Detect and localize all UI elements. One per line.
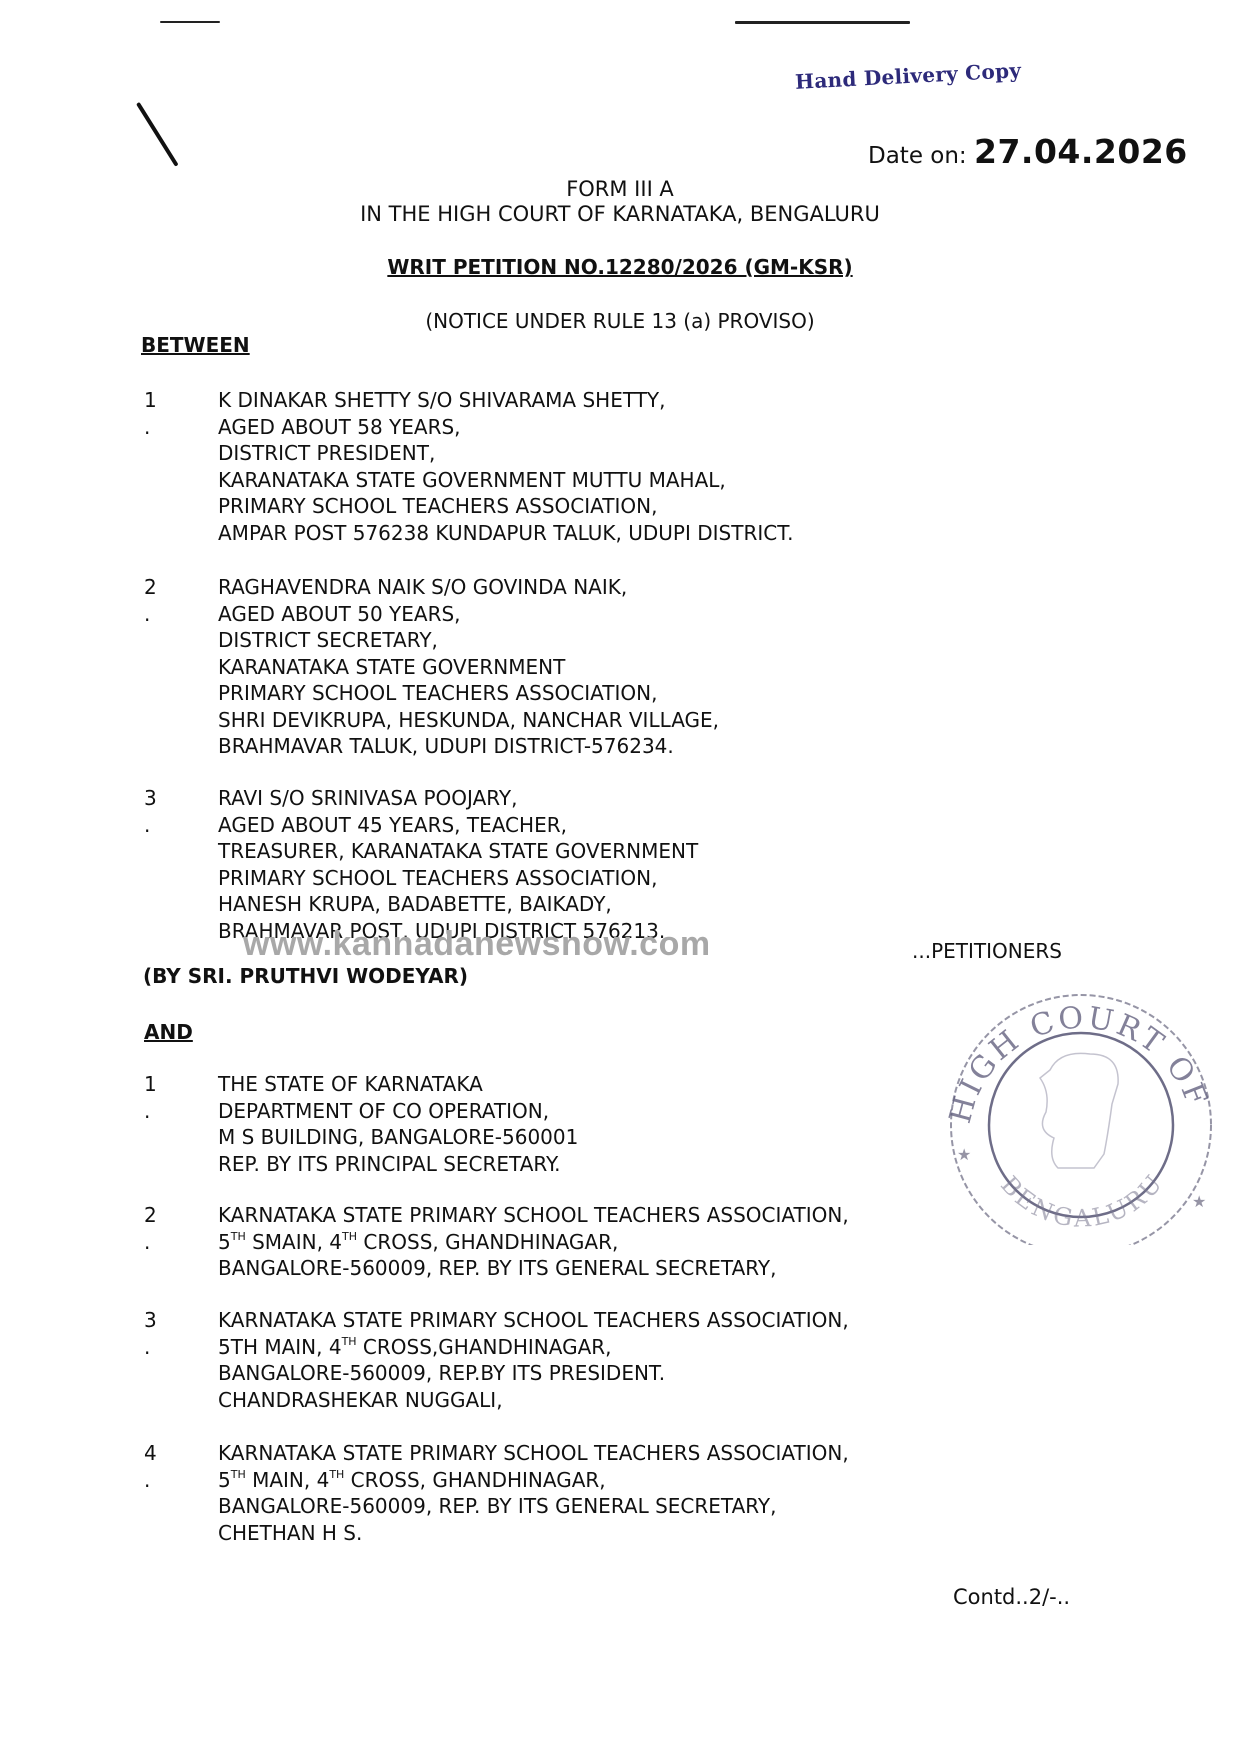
seal-bottom-text: BENGALURU (995, 1168, 1169, 1233)
notice-title: (NOTICE UNDER RULE 13 (a) PROVISO) (0, 309, 1240, 333)
petition-number: WRIT PETITION NO.12280/2026 (GM-KSR) (0, 255, 1240, 279)
address-line: AGED ABOUT 58 YEARS, (218, 414, 793, 441)
address-line: BANGALORE-560009, REP. BY ITS GENERAL SE… (218, 1255, 849, 1282)
petitioner-number: 2 . (144, 574, 157, 627)
respondent-address: KARNATAKA STATE PRIMARY SCHOOL TEACHERS … (218, 1307, 849, 1413)
address-line: DEPARTMENT OF CO OPERATION, (218, 1098, 578, 1125)
form-title: FORM III A (0, 177, 1240, 201)
address-line: HANESH KRUPA, BADABETTE, BAIKADY, (218, 891, 698, 918)
address-line: KARNATAKA STATE PRIMARY SCHOOL TEACHERS … (218, 1307, 849, 1334)
address-line: RAVI S/O SRINIVASA POOJARY, (218, 785, 698, 812)
hand-delivery-stamp: Hand Delivery Copy (795, 58, 1022, 94)
watermark: www.kannadanewsnow.com (243, 925, 711, 964)
address-line: BRAHMAVAR TALUK, UDUPI DISTRICT-576234. (218, 733, 719, 760)
svg-text:★: ★ (1192, 1192, 1206, 1211)
petitioner-address: RAGHAVENDRA NAIK S/O GOVINDA NAIK,AGED A… (218, 574, 719, 760)
respondent-address: THE STATE OF KARNATAKADEPARTMENT OF CO O… (218, 1071, 578, 1177)
petitioner-number: 1 . (144, 387, 157, 440)
address-line: RAGHAVENDRA NAIK S/O GOVINDA NAIK, (218, 574, 719, 601)
address-line: 5TH SMAIN, 4TH CROSS, GHANDHINAGAR, (218, 1229, 849, 1256)
date-value: 27.04.2026 (974, 132, 1188, 171)
address-line: DISTRICT PRESIDENT, (218, 440, 793, 467)
advocate-name: (BY SRI. PRUTHVI WODEYAR) (143, 964, 468, 988)
address-line: KARNATAKA STATE PRIMARY SCHOOL TEACHERS … (218, 1440, 849, 1467)
scan-mark-left (160, 21, 220, 23)
address-line: AGED ABOUT 45 YEARS, TEACHER, (218, 812, 698, 839)
address-line: KARNATAKA STATE PRIMARY SCHOOL TEACHERS … (218, 1202, 849, 1229)
address-line: BANGALORE-560009, REP.BY ITS PRESIDENT. (218, 1360, 849, 1387)
petitioner-address: RAVI S/O SRINIVASA POOJARY,AGED ABOUT 45… (218, 785, 698, 944)
address-line: REP. BY ITS PRINCIPAL SECRETARY. (218, 1151, 578, 1178)
court-title: IN THE HIGH COURT OF KARNATAKA, BENGALUR… (0, 202, 1240, 226)
address-line: PRIMARY SCHOOL TEACHERS ASSOCIATION, (218, 493, 793, 520)
address-line: BANGALORE-560009, REP. BY ITS GENERAL SE… (218, 1493, 849, 1520)
pen-mark (136, 102, 179, 167)
between-label: BETWEEN (141, 333, 250, 357)
svg-text:BENGALURU: BENGALURU (995, 1168, 1169, 1233)
address-line: 5TH MAIN, 4TH CROSS,GHANDHINAGAR, (218, 1334, 849, 1361)
address-line: SHRI DEVIKRUPA, HESKUNDA, NANCHAR VILLAG… (218, 707, 719, 734)
respondent-address: KARNATAKA STATE PRIMARY SCHOOL TEACHERS … (218, 1440, 849, 1546)
address-line: THE STATE OF KARNATAKA (218, 1071, 578, 1098)
respondent-number: 1 . (144, 1071, 157, 1124)
address-line: TREASURER, KARANATAKA STATE GOVERNMENT (218, 838, 698, 865)
petitioners-label: ...PETITIONERS (912, 939, 1062, 963)
address-line: M S BUILDING, BANGALORE-560001 (218, 1124, 578, 1151)
respondent-number: 3 . (144, 1307, 157, 1360)
address-line: 5TH MAIN, 4TH CROSS, GHANDHINAGAR, (218, 1467, 849, 1494)
address-line: AGED ABOUT 50 YEARS, (218, 601, 719, 628)
high-court-seal-icon: HIGH COURT OF KARNATAKA BENGALURU ★ ★ (930, 975, 1230, 1245)
and-label: AND (144, 1020, 193, 1044)
scan-mark-right (735, 21, 910, 24)
document-date: Date on: 27.04.2026 (868, 132, 1188, 171)
address-line: AMPAR POST 576238 KUNDAPUR TALUK, UDUPI … (218, 520, 793, 547)
date-label: Date on: (868, 143, 967, 169)
address-line: KARANATAKA STATE GOVERNMENT (218, 654, 719, 681)
address-line: CHANDRASHEKAR NUGGALI, (218, 1387, 849, 1414)
address-line: KARANATAKA STATE GOVERNMENT MUTTU MAHAL, (218, 467, 793, 494)
address-line: K DINAKAR SHETTY S/O SHIVARAMA SHETTY, (218, 387, 793, 414)
continued-marker: Contd..2/-.. (953, 1585, 1070, 1609)
petitioner-number: 3 . (144, 785, 157, 838)
address-line: CHETHAN H S. (218, 1520, 849, 1547)
respondent-number: 2 . (144, 1202, 157, 1255)
respondent-number: 4 . (144, 1440, 157, 1493)
svg-text:★: ★ (957, 1145, 971, 1164)
address-line: DISTRICT SECRETARY, (218, 627, 719, 654)
respondent-address: KARNATAKA STATE PRIMARY SCHOOL TEACHERS … (218, 1202, 849, 1282)
address-line: PRIMARY SCHOOL TEACHERS ASSOCIATION, (218, 865, 698, 892)
petitioner-address: K DINAKAR SHETTY S/O SHIVARAMA SHETTY,AG… (218, 387, 793, 546)
address-line: PRIMARY SCHOOL TEACHERS ASSOCIATION, (218, 680, 719, 707)
